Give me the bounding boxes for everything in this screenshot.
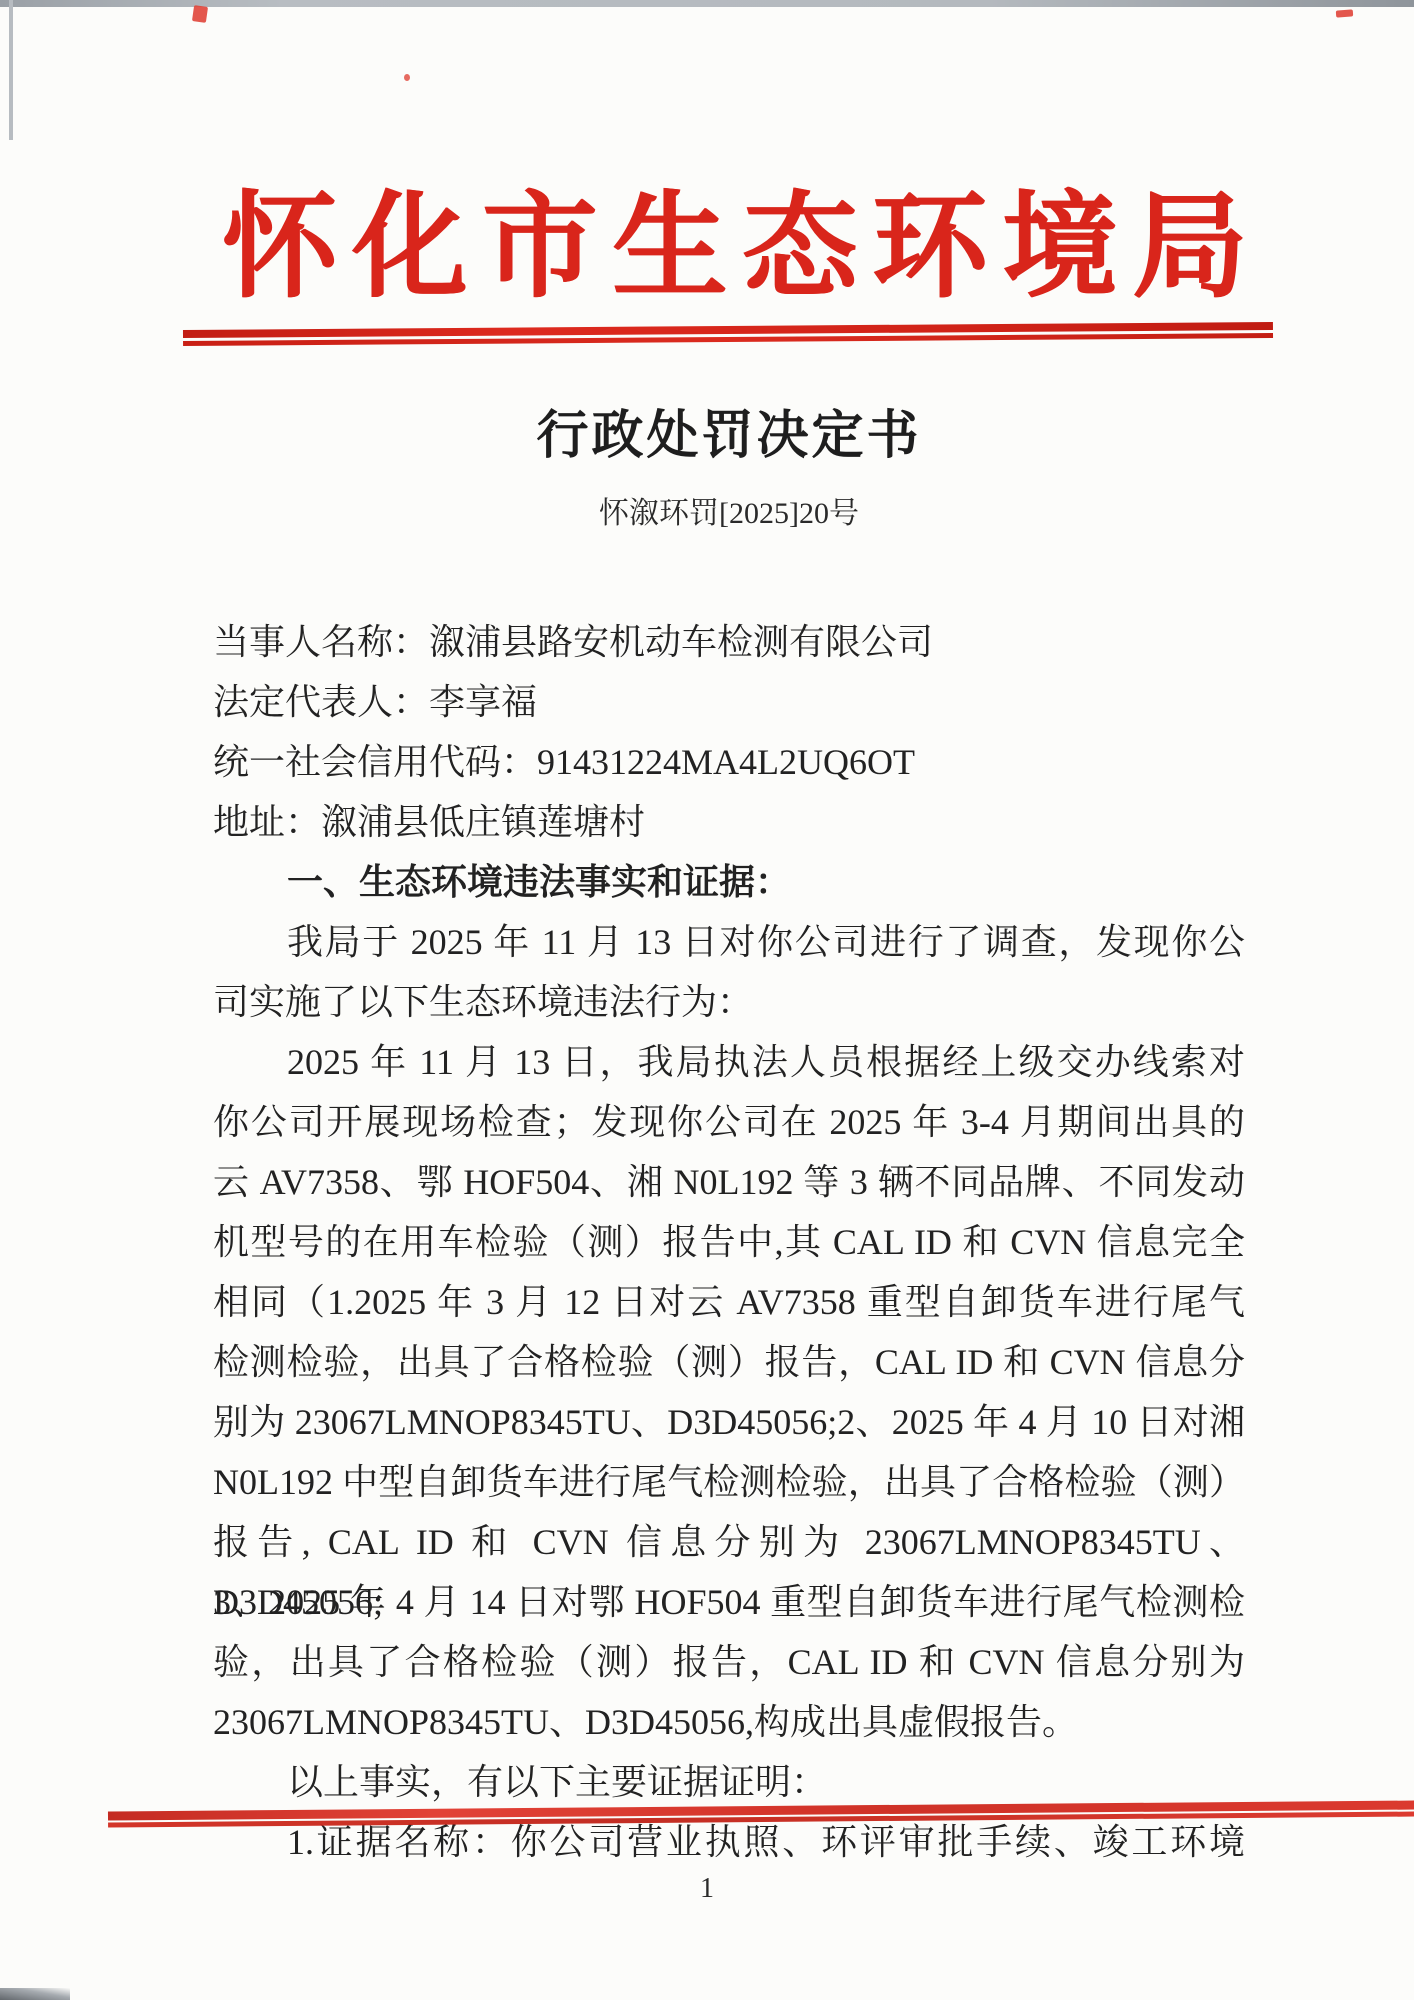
document-number: 怀溆环罚[2025]20号 (213, 496, 1245, 532)
agency-letterhead: 怀化市生态环境局 (222, 186, 1282, 310)
document-title: 行政处罚决定书 (213, 408, 1245, 466)
body-line: 报告, CAL ID 和 CVN 信息分别为 23067LMNOP8345TU、… (213, 1512, 1245, 1572)
scan-red-speck (404, 74, 410, 81)
page-number: 1 (0, 1872, 1414, 1906)
letterhead-divider-rule (183, 322, 1273, 346)
body-line: 机型号的在用车检验（测）报告中,其 CAL ID 和 CVN 信息完全 (213, 1212, 1245, 1272)
document-page: 怀化市生态环境局 行政处罚决定书 怀溆环罚[2025]20号 当事人名称：溆浦县… (0, 0, 1414, 2000)
body-line: 你公司开展现场检查；发现你公司在 2025 年 3-4 月期间出具的 (213, 1092, 1245, 1152)
body-line: 当事人名称：溆浦县路安机动车检测有限公司 (213, 612, 1245, 672)
body-line: 验，出具了合格检验（测）报告，CAL ID 和 CVN 信息分别为 (213, 1632, 1245, 1692)
scan-edge-bottom-left (0, 1988, 70, 2000)
body-line: 3、2025 年 4 月 14 日对鄂 HOF504 重型自卸货车进行尾气检测检 (213, 1572, 1245, 1632)
body-line: 统一社会信用代码：91431224MA4L2UQ6OT (213, 732, 1245, 792)
body-line: 地址：溆浦县低庄镇莲塘村 (213, 792, 1245, 852)
body-line: N0L192 中型自卸货车进行尾气检测检验，出具了合格检验（测） (213, 1452, 1245, 1512)
body-line: 法定代表人：李享福 (213, 672, 1245, 732)
body-line: 2025 年 11 月 13 日，我局执法人员根据经上级交办线索对 (213, 1032, 1245, 1092)
body-line: 23067LMNOP8345TU、D3D45056,构成出具虚假报告。 (213, 1692, 1245, 1752)
body-line: 一、生态环境违法事实和证据： (213, 852, 1245, 912)
body-lines: 当事人名称：溆浦县路安机动车检测有限公司法定代表人：李享福统一社会信用代码：91… (213, 612, 1245, 1872)
body-line: 云 AV7358、鄂 HOF504、湘 N0L192 等 3 辆不同品牌、不同发… (213, 1152, 1245, 1212)
body-line: 相同（1.2025 年 3 月 12 日对云 AV7358 重型自卸货车进行尾气 (213, 1272, 1245, 1332)
body-line: 别为 23067LMNOP8345TU、D3D45056;2、2025 年 4 … (213, 1392, 1245, 1452)
body-line: 司实施了以下生态环境违法行为： (213, 972, 1245, 1032)
scan-red-speck (192, 5, 208, 23)
body-line: 检测检验，出具了合格检验（测）报告，CAL ID 和 CVN 信息分 (213, 1332, 1245, 1392)
scan-edge-top (0, 0, 1414, 7)
body-line: 我局于 2025 年 11 月 13 日对你公司进行了调查，发现你公 (213, 912, 1245, 972)
scan-red-speck (1336, 9, 1353, 17)
scan-edge-left (9, 0, 13, 140)
